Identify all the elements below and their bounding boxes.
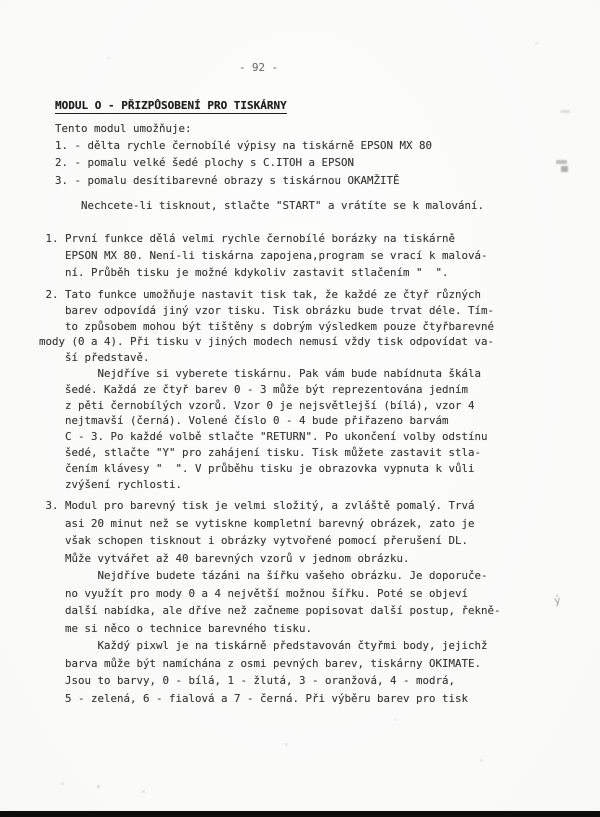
paper-specks [0, 0, 1, 1]
numbered-paragraph-1: 1. První funkce dělá velmi rychle černob… [39, 230, 488, 281]
numbered-paragraph-3: 3. Modul pro barevný tisk je velmi složi… [39, 497, 501, 707]
page-number: - 92 - [239, 61, 278, 74]
page-title: MODUL O - PŘIZPŮSOBENÍ PRO TISKÁRNY [55, 99, 287, 112]
intro-lead: Tento modul umožňuje: [55, 120, 192, 137]
scan-smudge [561, 110, 570, 113]
scan-smudge: ý [553, 594, 561, 608]
start-note-paragraph: Nechcete-li tisknout, stlačte "START" a … [55, 197, 484, 214]
scanned-page: - 92 - MODUL O - PŘIZPŮSOBENÍ PRO TISKÁR… [0, 0, 600, 817]
scan-smudge [556, 160, 567, 164]
numbered-paragraph-2: 2. Tato funkce umožňuje nastavit tisk ta… [39, 287, 494, 492]
scan-bottom-edge [0, 811, 600, 817]
intro-feature-list: 1. - dělta rychle černobílé výpisy na ti… [55, 137, 432, 189]
scan-smudge [561, 166, 568, 172]
